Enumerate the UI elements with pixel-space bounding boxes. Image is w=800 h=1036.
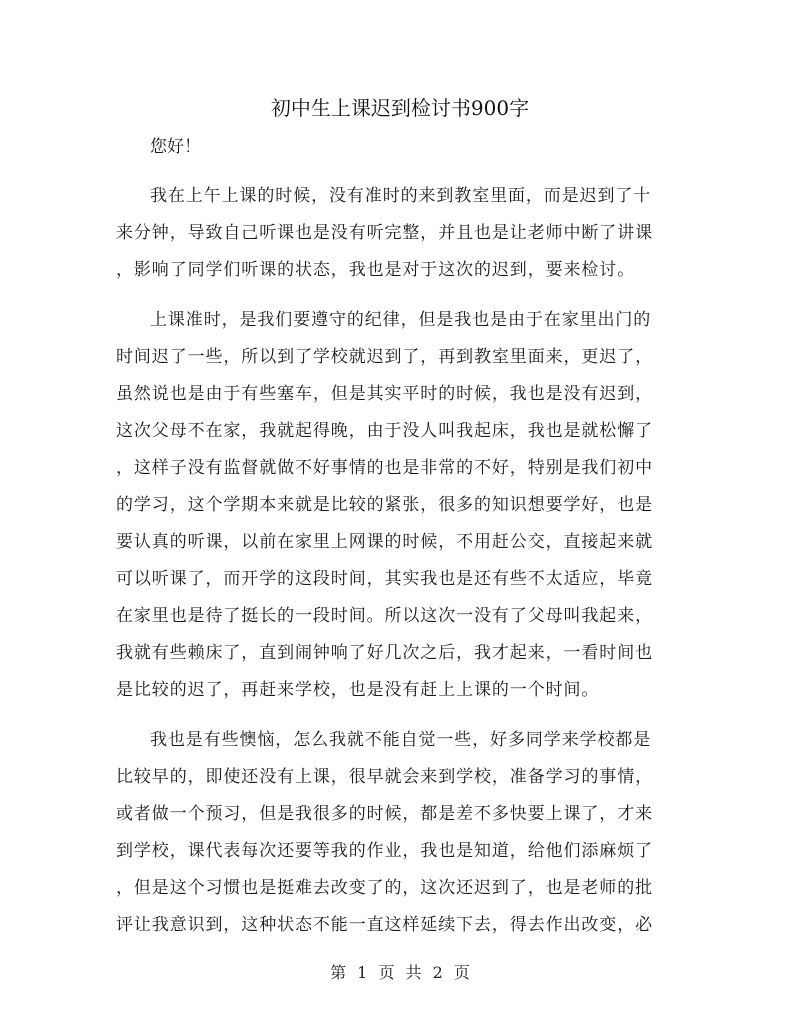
paragraph-line: 上课准时，是我们要遵守的纪律，但是我也是由于在家里出门的 <box>116 308 676 345</box>
paragraph-line: ，这样子没有监督就做不好事情的也是非常的不好，特别是我们初中 <box>116 456 676 493</box>
paragraph-line: 我在上午上课的时候，没有准时的来到教室里面，而是迟到了十 <box>116 184 676 221</box>
document-page: 初中生上课迟到检讨书900字 您好！ 我在上午上课的时候，没有准时的来到教室里面… <box>0 0 800 1036</box>
paragraph-line: 的学习，这个学期本来就是比较的紧张，很多的知识想要学好，也是 <box>116 493 676 530</box>
paragraph-line: 要认真的听课，以前在家里上网课的时候，不用赶公交，直接起来就 <box>116 530 676 567</box>
paragraph-line: 我就有些赖床了，直到闹钟响了好几次之后，我才起来，一看时间也 <box>116 641 676 678</box>
paragraph-line: ，但是这个习惯也是挺难去改变了的，这次还迟到了，也是老师的批 <box>116 876 676 913</box>
paragraph-line: 评让我意识到，这种状态不能一直这样延续下去，得去作出改变，必 <box>116 913 676 950</box>
document-title: 初中生上课迟到检讨书900字 <box>0 95 800 121</box>
paragraph-line: 比较早的，即使还没有上课，很早就会来到学校，准备学习的事情， <box>116 765 676 802</box>
paragraph-3: 我也是有些懊恼，怎么我就不能自觉一些，好多同学来学校都是 比较早的，即使还没有上… <box>116 728 676 950</box>
paragraph-line: 时间迟了一些，所以到了学校就迟到了，再到教室里面来，更迟了， <box>116 345 676 382</box>
paragraph-1: 我在上午上课的时候，没有准时的来到教室里面，而是迟到了十 来分钟，导致自己听课也… <box>116 184 676 295</box>
paragraph-line: 到学校，课代表每次还要等我的作业，我也是知道，给他们添麻烦了 <box>116 839 676 876</box>
paragraph-line: ，影响了同学们听课的状态，我也是对于这次的迟到，要来检讨。 <box>116 258 676 295</box>
paragraph-line: 可以听课了，而开学的这段时间，其实我也是还有些不太适应，毕竟 <box>116 567 676 604</box>
paragraph-line: 是比较的迟了，再赶来学校，也是没有赶上上课的一个时间。 <box>116 678 676 715</box>
paragraph-line: 来分钟，导致自己听课也是没有听完整，并且也是让老师中断了讲课 <box>116 221 676 258</box>
greeting: 您好！ <box>150 135 201 159</box>
paragraph-line: 在家里也是待了挺长的一段时间。所以这次一没有了父母叫我起来， <box>116 604 676 641</box>
paragraph-line: 我也是有些懊恼，怎么我就不能自觉一些，好多同学来学校都是 <box>116 728 676 765</box>
paragraph-2: 上课准时，是我们要遵守的纪律，但是我也是由于在家里出门的 时间迟了一些，所以到了… <box>116 308 676 715</box>
page-number-footer: 第 1 页 共 2 页 <box>0 962 800 984</box>
paragraph-line: 这次父母不在家，我就起得晚，由于没人叫我起床，我也是就松懈了 <box>116 419 676 456</box>
paragraph-line: 虽然说也是由于有些塞车，但是其实平时的时候，我也是没有迟到， <box>116 382 676 419</box>
paragraph-line: 或者做一个预习，但是我很多的时候，都是差不多快要上课了，才来 <box>116 802 676 839</box>
